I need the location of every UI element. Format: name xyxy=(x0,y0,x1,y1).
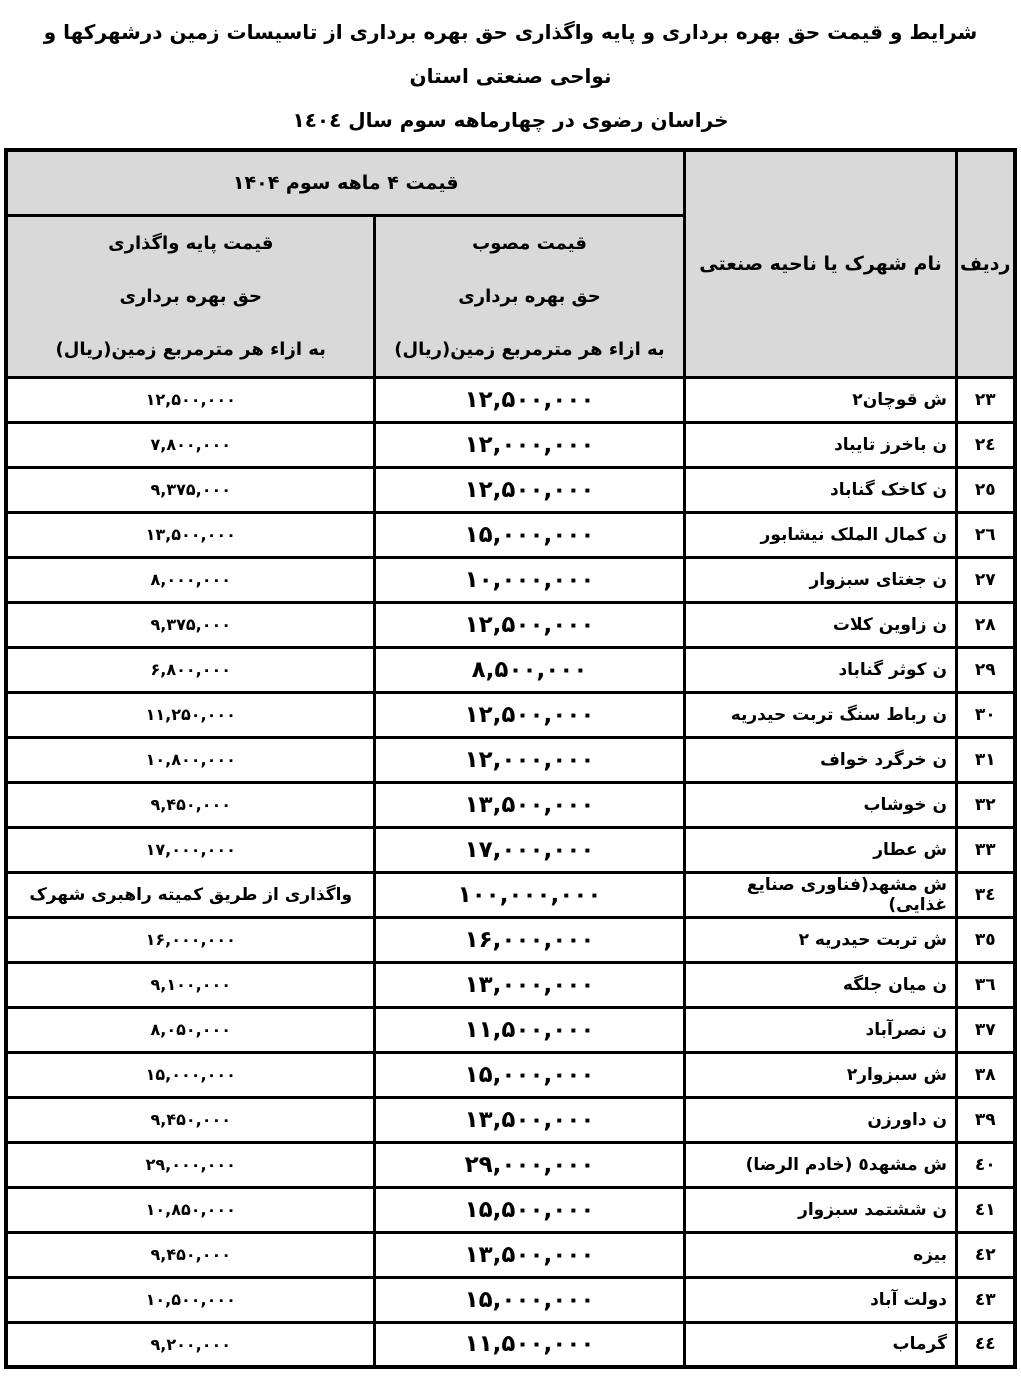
table-row: ۳۰ن رباط سنگ تربت حیدریه۱۲,۵۰۰,۰۰۰۱۱,۲۵۰… xyxy=(6,692,1014,737)
approved-price-cell: ۲۹,۰۰۰,۰۰۰ xyxy=(375,1142,685,1187)
base-price-cell: ۱۵,۰۰۰,۰۰۰ xyxy=(6,1052,374,1097)
header-approved-line-1: قیمت مصوب xyxy=(376,217,683,270)
base-price-cell: ۹,۳۷۵,۰۰۰ xyxy=(6,467,374,512)
approved-price-cell: ۱۷,۰۰۰,۰۰۰ xyxy=(375,827,685,872)
base-price-cell: ۱۷,۰۰۰,۰۰۰ xyxy=(6,827,374,872)
town-name-cell: بیزه xyxy=(685,1232,957,1277)
header-period-price: قیمت ۴ ماهه سوم ۱۴۰۴ xyxy=(6,150,684,215)
row-number-cell: ۳۷ xyxy=(957,1007,1015,1052)
row-number-cell: ۳٤ xyxy=(957,872,1015,917)
base-price-cell: ۱۰,۸۵۰,۰۰۰ xyxy=(6,1187,374,1232)
base-price-cell: ۹,۴۵۰,۰۰۰ xyxy=(6,1097,374,1142)
table-body: ردیف نام شهرک یا ناحیه صنعتی قیمت ۴ ماهه… xyxy=(6,150,1014,1367)
base-price-cell: ۹,۴۵۰,۰۰۰ xyxy=(6,782,374,827)
table-row: ۳۸ش سبزوار۲۱۵,۰۰۰,۰۰۰۱۵,۰۰۰,۰۰۰ xyxy=(6,1052,1014,1097)
header-row-top: ردیف نام شهرک یا ناحیه صنعتی قیمت ۴ ماهه… xyxy=(6,150,1014,215)
town-name-cell: ن رباط سنگ تربت حیدریه xyxy=(685,692,957,737)
approved-price-cell: ۱۱,۵۰۰,۰۰۰ xyxy=(375,1007,685,1052)
row-number-cell: ۳۰ xyxy=(957,692,1015,737)
base-price-cell: ۹,۱۰۰,۰۰۰ xyxy=(6,962,374,1007)
row-number-cell: ٤۱ xyxy=(957,1187,1015,1232)
approved-price-cell: ۱۲,۵۰۰,۰۰۰ xyxy=(375,602,685,647)
title-line-2: خراسان رضوی در چهارماهه سوم سال ١٤٠٤ xyxy=(18,98,1003,142)
base-price-cell: ۱۱,۲۵۰,۰۰۰ xyxy=(6,692,374,737)
table-row: ۲۳ش قوچان۲۱۲,۵۰۰,۰۰۰۱۲,۵۰۰,۰۰۰ xyxy=(6,377,1014,422)
approved-price-cell: ۸,۵۰۰,۰۰۰ xyxy=(375,647,685,692)
base-price-cell: ۹,۲۰۰,۰۰۰ xyxy=(6,1322,374,1367)
row-number-cell: ۳۸ xyxy=(957,1052,1015,1097)
base-price-cell: ۲۹,۰۰۰,۰۰۰ xyxy=(6,1142,374,1187)
town-name-cell: ن خرگرد خواف xyxy=(685,737,957,782)
approved-price-cell: ۱۲,۵۰۰,۰۰۰ xyxy=(375,467,685,512)
header-base-line-1: قیمت پایه واگذاری xyxy=(8,217,373,270)
approved-price-cell: ۱۲,۵۰۰,۰۰۰ xyxy=(375,692,685,737)
base-price-cell: ۹,۳۷۵,۰۰۰ xyxy=(6,602,374,647)
town-name-cell: ن میان جلگه xyxy=(685,962,957,1007)
town-name-cell: ش قوچان۲ xyxy=(685,377,957,422)
base-price-cell: ۱۲,۵۰۰,۰۰۰ xyxy=(6,377,374,422)
page-title: شرایط و قیمت حق بهره برداری و پایه واگذا… xyxy=(18,10,1003,142)
approved-price-cell: ۱۳,۵۰۰,۰۰۰ xyxy=(375,1232,685,1277)
town-name-cell: ن ششتمد سبزوار xyxy=(685,1187,957,1232)
town-name-cell: ن داورزن xyxy=(685,1097,957,1142)
base-price-cell: ۷,۸۰۰,۰۰۰ xyxy=(6,422,374,467)
table-row: ٤۲بیزه۱۳,۵۰۰,۰۰۰۹,۴۵۰,۰۰۰ xyxy=(6,1232,1014,1277)
row-number-cell: ٤٤ xyxy=(957,1322,1015,1367)
table-row: ۳۹ن داورزن۱۳,۵۰۰,۰۰۰۹,۴۵۰,۰۰۰ xyxy=(6,1097,1014,1142)
header-approved-line-2: حق بهره برداری xyxy=(376,270,683,323)
table-row: ۳٥ش تربت حیدریه ۲۱۶,۰۰۰,۰۰۰۱۶,۰۰۰,۰۰۰ xyxy=(6,917,1014,962)
price-table: ردیف نام شهرک یا ناحیه صنعتی قیمت ۴ ماهه… xyxy=(4,148,1016,1369)
row-number-cell: ٤۰ xyxy=(957,1142,1015,1187)
base-price-cell: ۱۰,۸۰۰,۰۰۰ xyxy=(6,737,374,782)
approved-price-cell: ۱۳,۵۰۰,۰۰۰ xyxy=(375,1097,685,1142)
approved-price-cell: ۱۵,۰۰۰,۰۰۰ xyxy=(375,1277,685,1322)
table-row: ۳۱ن خرگرد خواف۱۲,۰۰۰,۰۰۰۱۰,۸۰۰,۰۰۰ xyxy=(6,737,1014,782)
base-price-cell: واگذاری از طریق کمیته راهبری شهرک xyxy=(6,872,374,917)
town-name-cell: ش مشهد٥ (خادم الرضا) xyxy=(685,1142,957,1187)
approved-price-cell: ۱۳,۵۰۰,۰۰۰ xyxy=(375,782,685,827)
table-row: ٤٤گرماب۱۱,۵۰۰,۰۰۰۹,۲۰۰,۰۰۰ xyxy=(6,1322,1014,1367)
base-price-cell: ۶,۸۰۰,۰۰۰ xyxy=(6,647,374,692)
approved-price-cell: ۱۵,۰۰۰,۰۰۰ xyxy=(375,512,685,557)
header-base-price: قیمت پایه واگذاری حق بهره برداری به ازاء… xyxy=(6,215,374,377)
row-number-cell: ۲۸ xyxy=(957,602,1015,647)
base-price-cell: ۱۰,۵۰۰,۰۰۰ xyxy=(6,1277,374,1322)
table-row: ۲۸ن زاوین کلات۱۲,۵۰۰,۰۰۰۹,۳۷۵,۰۰۰ xyxy=(6,602,1014,647)
table-row: ۲۷ن جغتای سبزوار۱۰,۰۰۰,۰۰۰۸,۰۰۰,۰۰۰ xyxy=(6,557,1014,602)
header-approved-price: قیمت مصوب حق بهره برداری به ازاء هر مترم… xyxy=(375,215,685,377)
approved-price-cell: ۱۲,۰۰۰,۰۰۰ xyxy=(375,737,685,782)
table-row: ۳۷ن نصرآباد۱۱,۵۰۰,۰۰۰۸,۰۵۰,۰۰۰ xyxy=(6,1007,1014,1052)
approved-price-cell: ۱۲,۰۰۰,۰۰۰ xyxy=(375,422,685,467)
table-row: ۲٤ن باخرز تایباد۱۲,۰۰۰,۰۰۰۷,۸۰۰,۰۰۰ xyxy=(6,422,1014,467)
approved-price-cell: ۱۵,۰۰۰,۰۰۰ xyxy=(375,1052,685,1097)
row-number-cell: ٤۳ xyxy=(957,1277,1015,1322)
row-number-cell: ۲٥ xyxy=(957,467,1015,512)
base-price-cell: ۱۳,۵۰۰,۰۰۰ xyxy=(6,512,374,557)
row-number-cell: ۲۳ xyxy=(957,377,1015,422)
town-name-cell: ن خوشاب xyxy=(685,782,957,827)
header-approved-line-3: به ازاء هر مترمربع زمین(ریال) xyxy=(376,323,683,376)
town-name-cell: ن نصرآباد xyxy=(685,1007,957,1052)
row-number-cell: ۳۱ xyxy=(957,737,1015,782)
header-base-line-2: حق بهره برداری xyxy=(8,270,373,323)
town-name-cell: ن کوثر گناباد xyxy=(685,647,957,692)
row-number-cell: ۲۷ xyxy=(957,557,1015,602)
approved-price-cell: ۱۶,۰۰۰,۰۰۰ xyxy=(375,917,685,962)
row-number-cell: ٤۲ xyxy=(957,1232,1015,1277)
approved-price-cell: ۱۵,۵۰۰,۰۰۰ xyxy=(375,1187,685,1232)
town-name-cell: ن کاخک گناباد xyxy=(685,467,957,512)
row-number-cell: ۲٤ xyxy=(957,422,1015,467)
table-row: ٤۳دولت آباد۱۵,۰۰۰,۰۰۰۱۰,۵۰۰,۰۰۰ xyxy=(6,1277,1014,1322)
row-number-cell: ۲۹ xyxy=(957,647,1015,692)
town-name-cell: گرماب xyxy=(685,1322,957,1367)
town-name-cell: ش سبزوار۲ xyxy=(685,1052,957,1097)
town-name-cell: ن جغتای سبزوار xyxy=(685,557,957,602)
town-name-cell: ش مشهد(فناوری صنایع غذایی) xyxy=(685,872,957,917)
row-number-cell: ۳٦ xyxy=(957,962,1015,1007)
table-row: ۲٦ن کمال الملک نیشابور۱۵,۰۰۰,۰۰۰۱۳,۵۰۰,۰… xyxy=(6,512,1014,557)
table-row: ۳٦ن میان جلگه۱۳,۰۰۰,۰۰۰۹,۱۰۰,۰۰۰ xyxy=(6,962,1014,1007)
title-line-1: شرایط و قیمت حق بهره برداری و پایه واگذا… xyxy=(18,10,1003,98)
table-row: ۳٤ش مشهد(فناوری صنایع غذایی)۱۰۰,۰۰۰,۰۰۰و… xyxy=(6,872,1014,917)
table-row: ۳۳ش عطار۱۷,۰۰۰,۰۰۰۱۷,۰۰۰,۰۰۰ xyxy=(6,827,1014,872)
town-name-cell: ن باخرز تایباد xyxy=(685,422,957,467)
row-number-cell: ۳٥ xyxy=(957,917,1015,962)
row-number-cell: ۳۳ xyxy=(957,827,1015,872)
base-price-cell: ۸,۰۰۰,۰۰۰ xyxy=(6,557,374,602)
approved-price-cell: ۱۱,۵۰۰,۰۰۰ xyxy=(375,1322,685,1367)
approved-price-cell: ۱۰,۰۰۰,۰۰۰ xyxy=(375,557,685,602)
table-row: ۲۹ن کوثر گناباد۸,۵۰۰,۰۰۰۶,۸۰۰,۰۰۰ xyxy=(6,647,1014,692)
town-name-cell: ن زاوین کلات xyxy=(685,602,957,647)
row-number-cell: ۳۹ xyxy=(957,1097,1015,1142)
table-row: ٤۰ش مشهد٥ (خادم الرضا)۲۹,۰۰۰,۰۰۰۲۹,۰۰۰,۰… xyxy=(6,1142,1014,1187)
base-price-cell: ۸,۰۵۰,۰۰۰ xyxy=(6,1007,374,1052)
header-row-number: ردیف xyxy=(957,150,1015,377)
row-number-cell: ۲٦ xyxy=(957,512,1015,557)
header-town-name: نام شهرک یا ناحیه صنعتی xyxy=(685,150,957,377)
table-row: ۳۲ن خوشاب۱۳,۵۰۰,۰۰۰۹,۴۵۰,۰۰۰ xyxy=(6,782,1014,827)
row-number-cell: ۳۲ xyxy=(957,782,1015,827)
approved-price-cell: ۱۲,۵۰۰,۰۰۰ xyxy=(375,377,685,422)
base-price-cell: ۱۶,۰۰۰,۰۰۰ xyxy=(6,917,374,962)
town-name-cell: دولت آباد xyxy=(685,1277,957,1322)
town-name-cell: ن کمال الملک نیشابور xyxy=(685,512,957,557)
approved-price-cell: ۱۳,۰۰۰,۰۰۰ xyxy=(375,962,685,1007)
table-row: ٤۱ن ششتمد سبزوار۱۵,۵۰۰,۰۰۰۱۰,۸۵۰,۰۰۰ xyxy=(6,1187,1014,1232)
approved-price-cell: ۱۰۰,۰۰۰,۰۰۰ xyxy=(375,872,685,917)
town-name-cell: ش عطار xyxy=(685,827,957,872)
document-page: شرایط و قیمت حق بهره برداری و پایه واگذا… xyxy=(0,10,1021,1369)
town-name-cell: ش تربت حیدریه ۲ xyxy=(685,917,957,962)
header-base-line-3: به ازاء هر مترمربع زمین(ریال) xyxy=(8,323,373,376)
base-price-cell: ۹,۴۵۰,۰۰۰ xyxy=(6,1232,374,1277)
table-row: ۲٥ن کاخک گناباد۱۲,۵۰۰,۰۰۰۹,۳۷۵,۰۰۰ xyxy=(6,467,1014,512)
